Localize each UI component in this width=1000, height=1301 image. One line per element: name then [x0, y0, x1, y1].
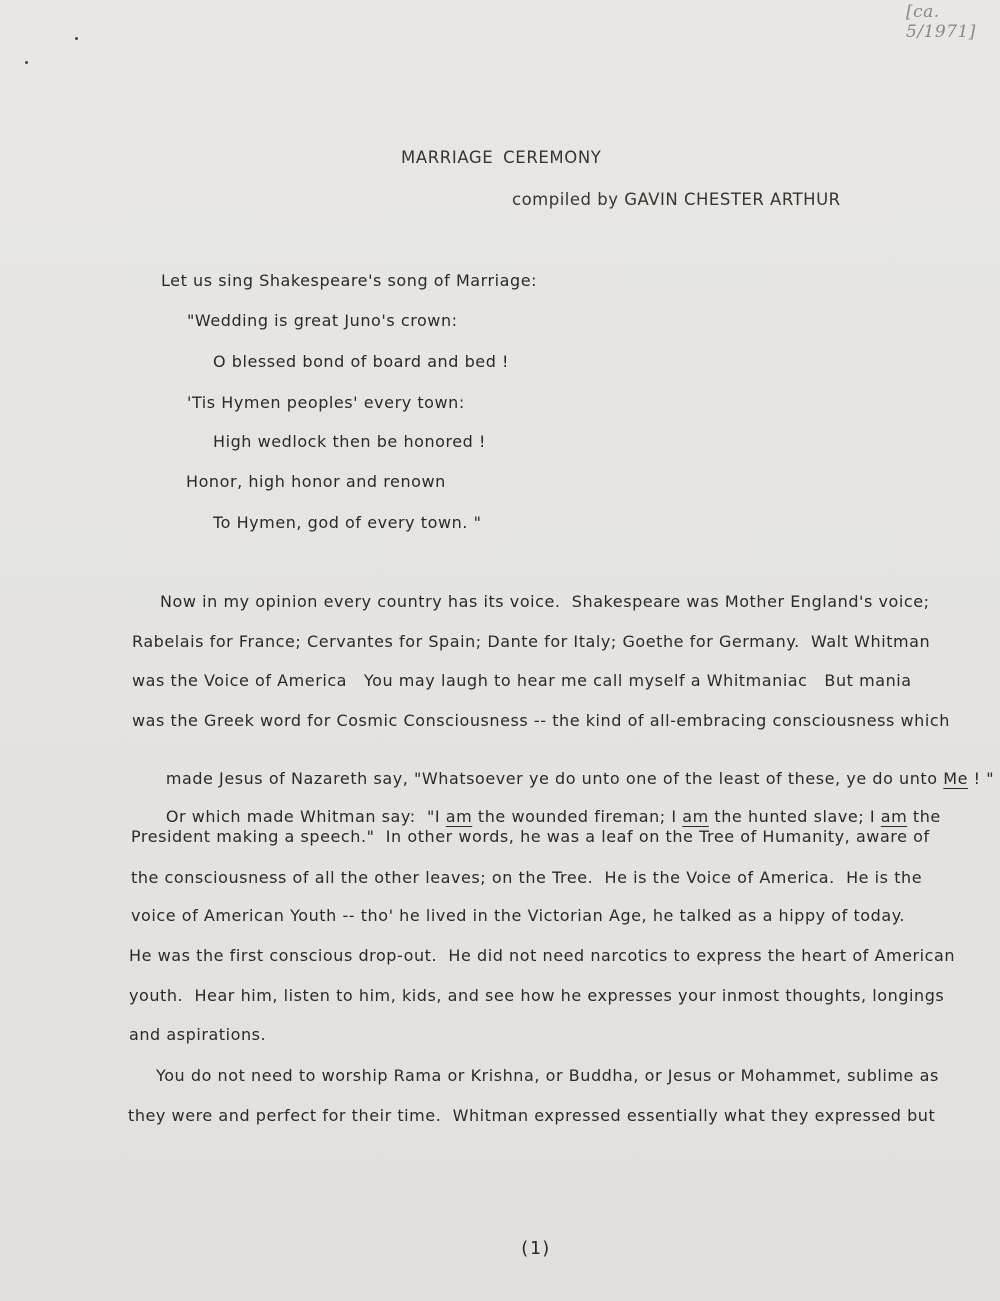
underlined-word: Me	[943, 769, 968, 788]
body-line-text: the wounded fireman; I	[472, 807, 682, 826]
song-line: 'Tis Hymen peoples' every town:	[187, 393, 465, 412]
page-number: (1)	[519, 1238, 552, 1259]
body-line-text: ! "	[968, 769, 994, 788]
body-line: Now in my opinion every country has its …	[160, 592, 930, 611]
song-line: High wedlock then be honored !	[213, 432, 486, 451]
intro-line: Let us sing Shakespeare's song of Marria…	[161, 271, 537, 290]
body-line-text: made Jesus of Nazareth say, "Whatsoever …	[166, 769, 943, 788]
compiler-credit: compiled by GAVIN CHESTER ARTHUR	[512, 190, 841, 209]
body-line: voice of American Youth -- tho' he lived…	[131, 906, 905, 925]
body-line-text: Or which made Whitman say: "I	[166, 807, 446, 826]
paper-speck	[25, 61, 28, 64]
handwritten-date-annotation: [ca. 5/1971]	[906, 2, 1000, 42]
body-line-text: the hunted slave; I	[709, 807, 881, 826]
body-line: they were and perfect for their time. Wh…	[128, 1106, 935, 1125]
song-line: O blessed bond of board and bed !	[213, 352, 509, 371]
song-line: To Hymen, god of every town. "	[213, 513, 481, 532]
body-line: President making a speech." In other wor…	[131, 827, 930, 846]
underlined-word: am	[446, 807, 473, 826]
song-line: "Wedding is great Juno's crown:	[187, 311, 458, 330]
document-title: MARRIAGE CEREMONY	[401, 148, 601, 167]
body-line: You do not need to worship Rama or Krish…	[156, 1066, 939, 1085]
body-line: was the Greek word for Cosmic Consciousn…	[132, 711, 950, 730]
body-line: He was the first conscious drop-out. He …	[129, 946, 955, 965]
underlined-word: am	[881, 807, 908, 826]
body-line: was the Voice of America You may laugh t…	[132, 671, 912, 690]
document-page: [ca. 5/1971] MARRIAGE CEREMONY compiled …	[0, 0, 1000, 1301]
body-line: and aspirations.	[129, 1025, 266, 1044]
body-line-text: the	[907, 807, 941, 826]
paper-speck	[75, 37, 78, 40]
song-line: Honor, high honor and renown	[186, 472, 446, 491]
underlined-word: am	[682, 807, 709, 826]
body-line: Rabelais for France; Cervantes for Spain…	[132, 632, 930, 651]
body-line: the consciousness of all the other leave…	[131, 868, 922, 887]
body-line: youth. Hear him, listen to him, kids, an…	[129, 986, 944, 1005]
